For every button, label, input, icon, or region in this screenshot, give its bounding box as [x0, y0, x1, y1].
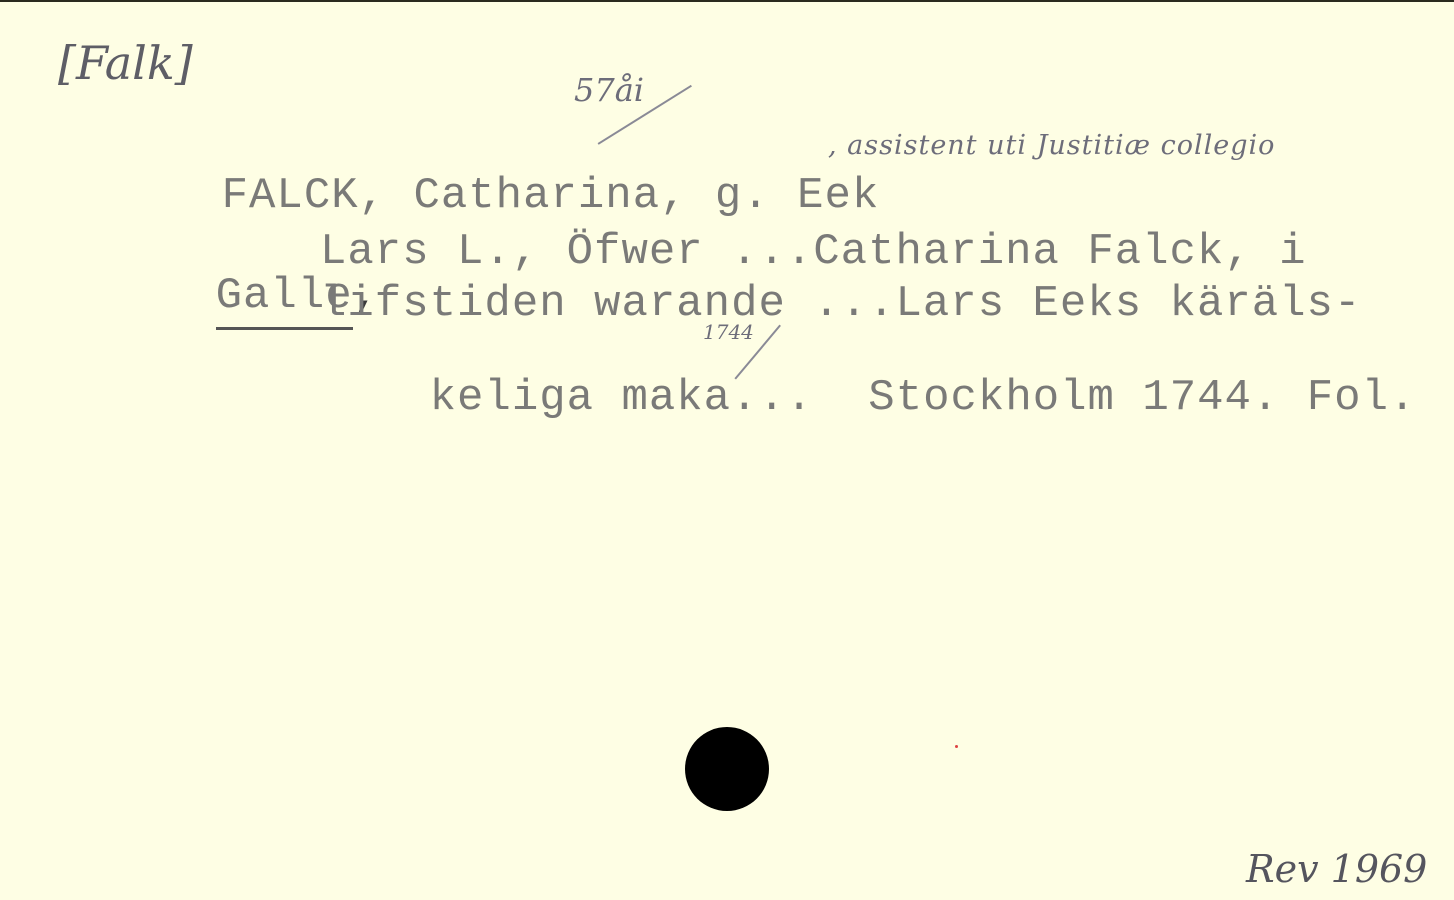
- entry-2-line-3: keliga maka...Stockholm 1744. Fol.: [320, 332, 1416, 420]
- entry-2-line-3-end: Stockholm 1744. Fol.: [868, 373, 1416, 423]
- ink-speck: [955, 745, 958, 748]
- catalog-card: [Falk] 57åi FALCK, Catharina, g. Eek , a…: [0, 0, 1454, 900]
- entry-2-line-3-start: keliga maka...: [430, 373, 814, 423]
- entry-1-surname: FALCK,: [222, 171, 386, 221]
- handwritten-year-insert: 1744: [703, 322, 754, 342]
- card-top-edge: [0, 0, 1454, 2]
- handwritten-occupation: , assistent uti Justitiæ collegio: [828, 132, 1275, 159]
- entry-2-line-1: Lars L., Öfwer ...Catharina Falck, i: [320, 230, 1307, 274]
- entry-1-married-name: g. Eek: [715, 171, 879, 221]
- punch-hole: [685, 727, 769, 811]
- entry-1-line: FALCK, Catharina, g. Eek: [112, 130, 879, 218]
- revision-note: Rev 1969: [1246, 850, 1427, 888]
- handwritten-annotation-age: 57åi: [574, 74, 644, 106]
- entry-1-given-name: Catharina,: [413, 171, 687, 221]
- handwritten-header: [Falk]: [58, 40, 193, 86]
- entry-2-line-2: lifstiden warande ...Lars Eeks käräls-: [320, 282, 1361, 326]
